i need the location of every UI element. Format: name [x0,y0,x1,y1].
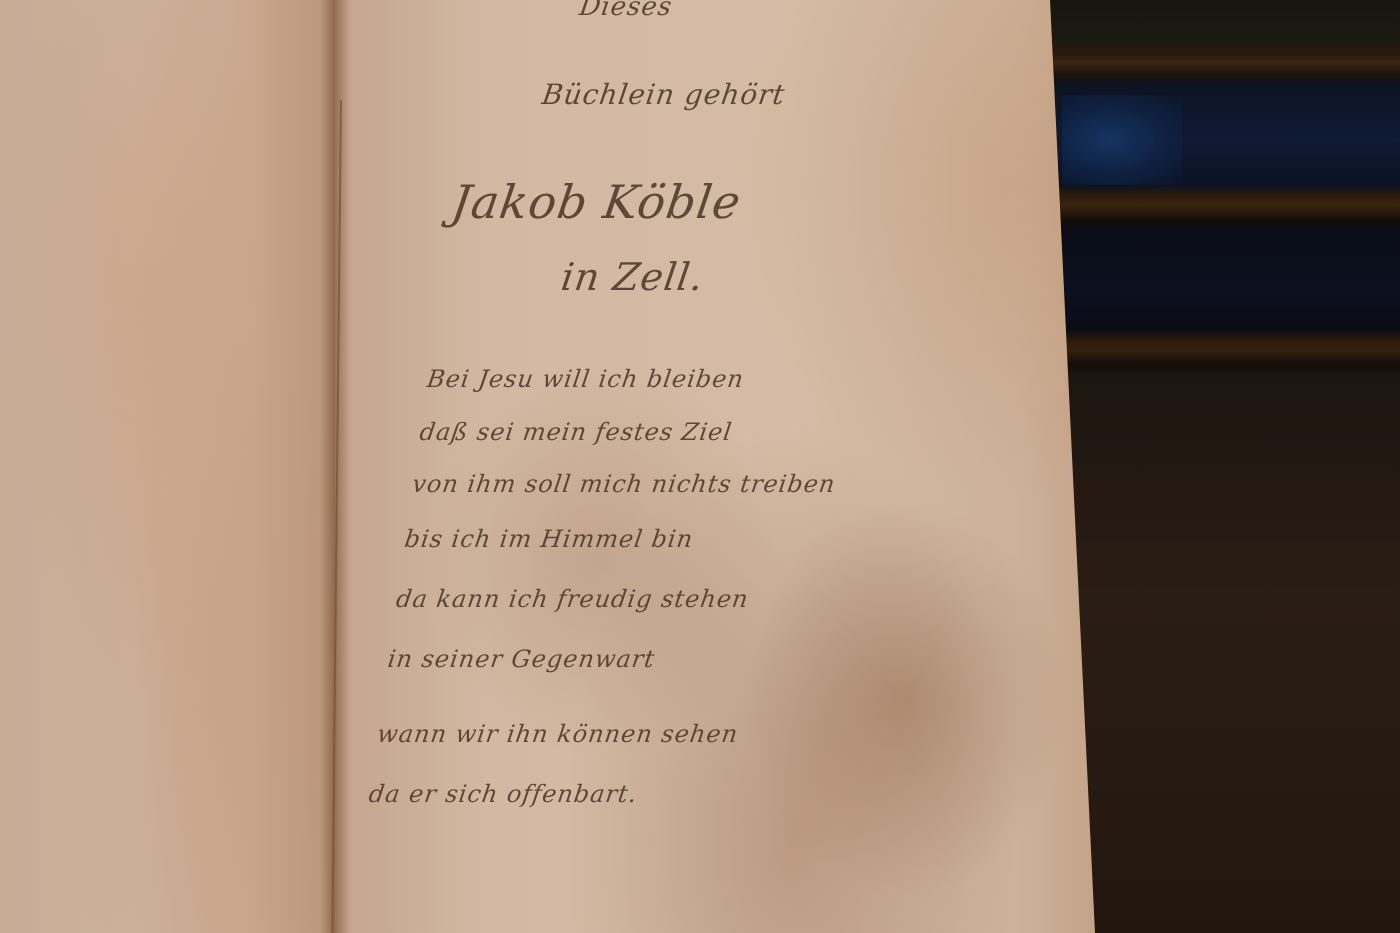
verse-line: daß sei mein festes Ziel [418,418,734,446]
verse-line: da kann ich freudig stehen [394,585,750,613]
handwritten-inscription: Dieses Büchlein gehört Jakob Köble in Ze… [329,0,1100,933]
verse-line: da er sich offenbart. [367,780,639,808]
inscription-line: Büchlein gehört [540,78,787,111]
verse-line: in seiner Gegenwart [386,645,657,673]
book-gutter [320,0,350,933]
verse-line: bis ich im Himmel bin [403,525,695,553]
inscription-line: Dieses [577,0,674,22]
photo-scene: Dieses Büchlein gehört Jakob Köble in Ze… [0,0,1400,933]
owner-place: in Zell. [559,255,707,299]
verse-line: von ihm soll mich nichts treiben [411,470,838,498]
owner-name: Jakob Köble [448,175,744,229]
verse-line: Bei Jesu will ich bleiben [425,365,746,393]
left-book-page [0,0,335,933]
verse-line: wann wir ihn können sehen [375,720,740,748]
